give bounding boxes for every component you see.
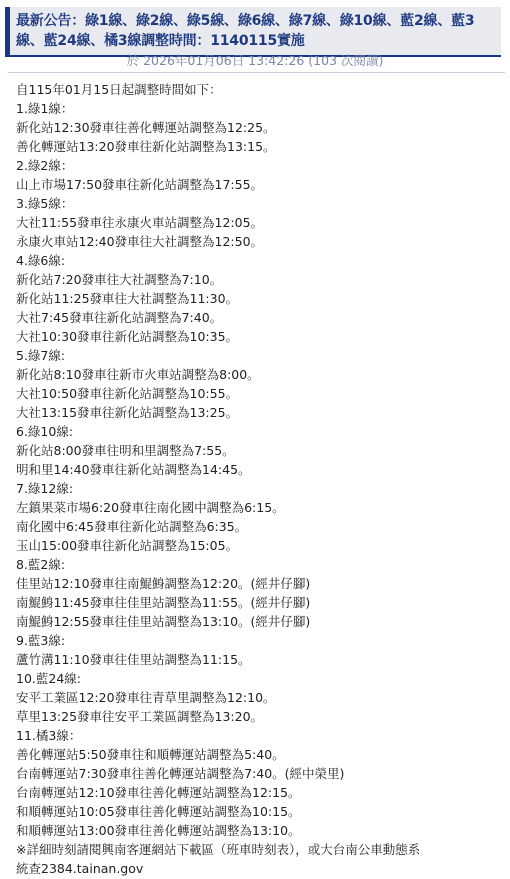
schedule-line: 永康火車站12:40發車往大社調整為12:50。 bbox=[16, 232, 504, 251]
schedule-line: 山上市場17:50發車往新化站調整為17:55。 bbox=[16, 175, 504, 194]
schedule-line: 大社11:55發車往永康火車站調整為12:05。 bbox=[16, 213, 504, 232]
divider bbox=[8, 72, 505, 73]
route-heading: 10.藍24線: bbox=[16, 669, 504, 688]
route-heading: 6.綠10線: bbox=[16, 422, 504, 441]
schedule-line: 大社10:50發車往新化站調整為10:55。 bbox=[16, 384, 504, 403]
schedule-line: 大社10:30發車往新化站調整為10:35。 bbox=[16, 327, 504, 346]
schedule-line: 新化站12:30發車往善化轉運站調整為12:25。 bbox=[16, 118, 504, 137]
route-heading: 2.綠2線： bbox=[16, 156, 504, 175]
route-heading: 9.藍3線: bbox=[16, 631, 504, 650]
footer-note-line-1: ※詳細時刻請閱興南客運網站下載區（班車時刻表），或大台南公車動態系 bbox=[16, 840, 504, 859]
route-heading: 4.綠6線: bbox=[16, 251, 504, 270]
route-heading: 3.綠5線： bbox=[16, 194, 504, 213]
schedule-line: 大社13:15發車往新化站調整為13:25。 bbox=[16, 403, 504, 422]
route-heading: 1.綠1線： bbox=[16, 99, 504, 118]
schedule-line: 和順轉運站13:00發車往善化轉運站調整為13:10。 bbox=[16, 821, 504, 840]
schedule-line: 新化站7:20發車往大社調整為7:10。 bbox=[16, 270, 504, 289]
schedule-line: 南化國中6:45發車往新化站調整為6:35。 bbox=[16, 517, 504, 536]
route-heading: 5.綠7線: bbox=[16, 346, 504, 365]
schedule-line: 善化轉運站13:20發車往新化站調整為13:15。 bbox=[16, 137, 504, 156]
schedule-line: 左鎮果菜市場6:20發車往南化國中調整為6:15。 bbox=[16, 498, 504, 517]
schedule-line: 草里13:25發車往安平工業區調整為13:20。 bbox=[16, 707, 504, 726]
post-meta: 於 2026年01月06日 13:42:26 (103 次閱讀) bbox=[5, 53, 505, 69]
route-heading: 11.橘3線： bbox=[16, 726, 504, 745]
footer-note-line-2: 統查2384.tainan.gov bbox=[16, 859, 504, 878]
intro-line: 自115年01月15日起調整時間如下： bbox=[16, 80, 504, 99]
schedule-line: 安平工業區12:20發車往青草里調整為12:10。 bbox=[16, 688, 504, 707]
schedule-line: 和順轉運站10:05發車往善化轉運站調整為10:15。 bbox=[16, 802, 504, 821]
schedule-line: 台南轉運站7:30發車往善化轉運站調整為7:40。(經中榮里) bbox=[16, 764, 504, 783]
schedule-line: 佳里站12:10發車往南鯤鯓調整為12:20。(經井仔腳) bbox=[16, 574, 504, 593]
announcement-title: 最新公告：綠1線、綠2線、綠5線、綠6線、綠7線、綠10線、藍2線、藍3線、藍2… bbox=[16, 13, 474, 49]
schedule-line: 新化站11:25發車往大社調整為11:30。 bbox=[16, 289, 504, 308]
schedule-line: 台南轉運站12:10發車往善化轉運站調整為12:15。 bbox=[16, 783, 504, 802]
route-heading: 8.藍2線: bbox=[16, 555, 504, 574]
announcement-body: 自115年01月15日起調整時間如下： 1.綠1線：新化站12:30發車往善化轉… bbox=[16, 80, 504, 878]
schedule-line: 新化站8:00發車往明和里調整為7:55。 bbox=[16, 441, 504, 460]
schedule-lines: 1.綠1線：新化站12:30發車往善化轉運站調整為12:25。善化轉運站13:2… bbox=[16, 99, 504, 840]
schedule-line: 蘆竹溝11:10發車往佳里站調整為11:15。 bbox=[16, 650, 504, 669]
announcement-title-box: 最新公告：綠1線、綠2線、綠5線、綠6線、綠7線、綠10線、藍2線、藍3線、藍2… bbox=[5, 7, 501, 57]
schedule-line: 明和里14:40發車往新化站調整為14:45。 bbox=[16, 460, 504, 479]
schedule-line: 大社7:45發車往新化站調整為7:40。 bbox=[16, 308, 504, 327]
schedule-line: 玉山15:00發車往新化站調整為15:05。 bbox=[16, 536, 504, 555]
schedule-line: 善化轉運站5:50發車往和順轉運站調整為5:40。 bbox=[16, 745, 504, 764]
route-heading: 7.綠12線: bbox=[16, 479, 504, 498]
schedule-line: 新化站8:10發車往新市火車站調整為8:00。 bbox=[16, 365, 504, 384]
schedule-line: 南鯤鯓12:55發車往佳里站調整為13:10。(經井仔腳) bbox=[16, 612, 504, 631]
schedule-line: 南鯤鯓11:45發車往佳里站調整為11:55。(經井仔腳) bbox=[16, 593, 504, 612]
